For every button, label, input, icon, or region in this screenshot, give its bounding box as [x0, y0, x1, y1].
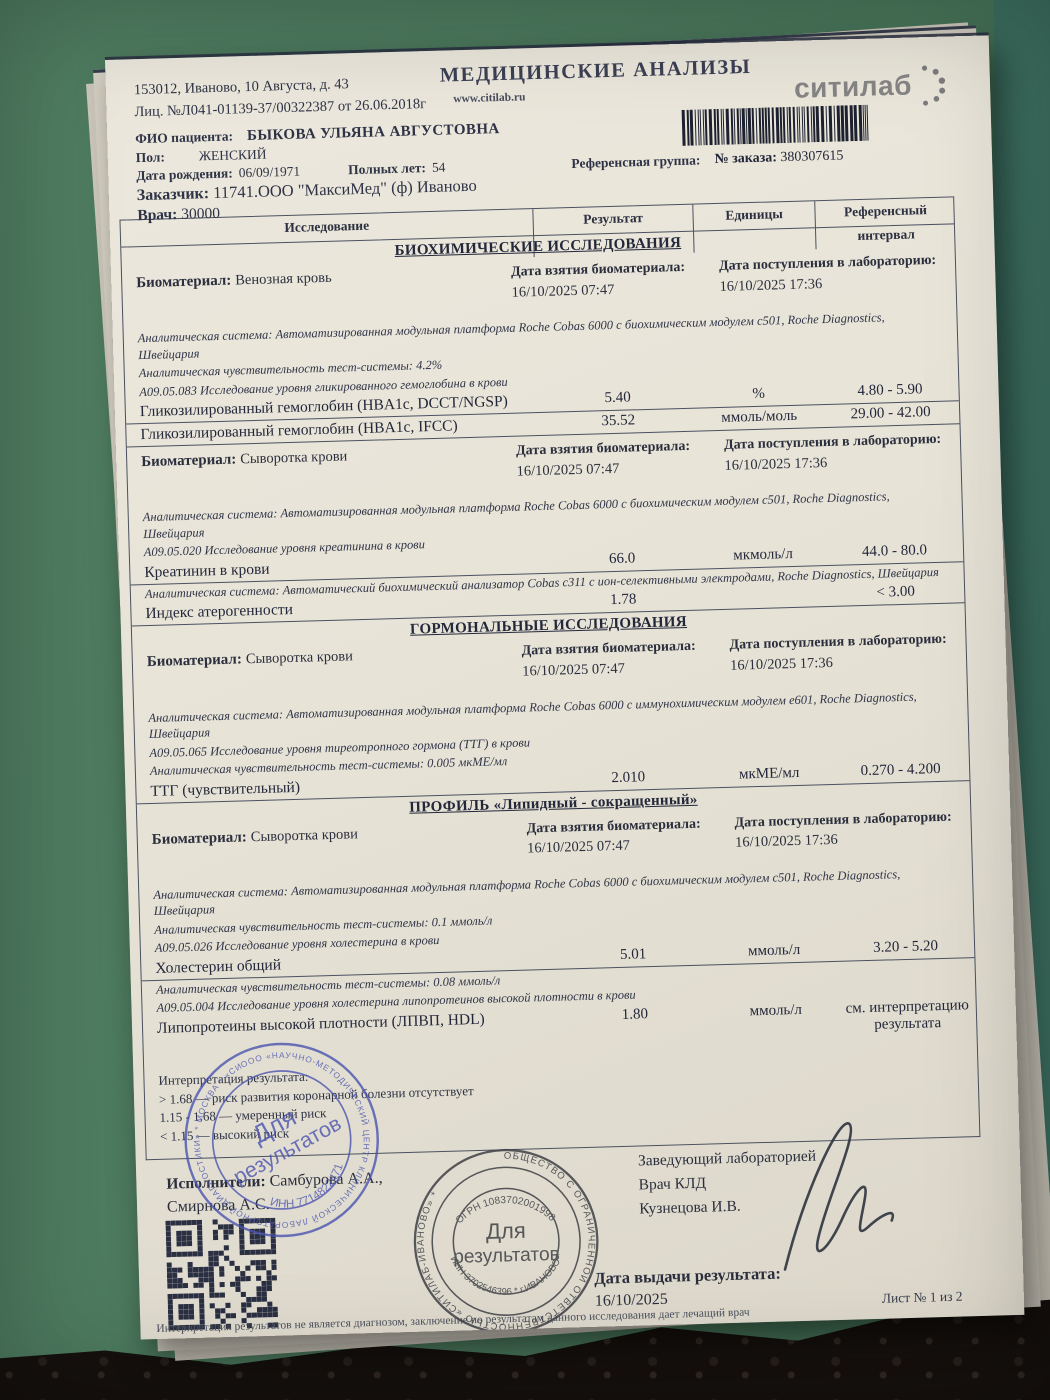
- birth-label: Дата рождения:: [136, 165, 233, 183]
- executor-name: Смирнова А.С.: [167, 1190, 384, 1219]
- svg-text:ОБЩЕСТВО С ОГРАНИЧЕННОЙ ОТВЕТС: ОБЩЕСТВО С ОГРАНИЧЕННОЙ ОТВЕТСТВЕННОСТЬЮ…: [413, 1148, 599, 1334]
- executor-name: Самбурова А.А.,: [269, 1170, 382, 1190]
- logo-text: ситилаб: [794, 69, 913, 104]
- patient-name-row: ФИО пациента:БЫКОВА УЛЬЯНА АВГУСТОВНА: [135, 121, 500, 148]
- result-reference: < 3.00: [825, 583, 966, 604]
- patient-name-label: ФИО пациента:: [135, 128, 233, 146]
- order-block: № заказа: 380307615: [663, 104, 895, 169]
- table-body: БИОХИМИЧЕСКИЕ ИССЛЕДОВАНИЯ Биоматериал: …: [120, 224, 980, 1160]
- result-value: 2.010: [548, 767, 708, 788]
- column-header-ref: Референсный интервал: [814, 197, 956, 249]
- result-reference: 4.80 - 5.90: [819, 380, 960, 401]
- lab-report-page: 153012, Иваново, 10 Августа, д. 43 Лиц. …: [105, 35, 1024, 1339]
- result-reference: 29.00 - 42.00: [820, 403, 961, 424]
- patient-name: БЫКОВА УЛЬЯНА АВГУСТОВНА: [247, 121, 500, 144]
- result-value: 35.52: [538, 411, 698, 432]
- doctor-value: 30000: [181, 205, 220, 223]
- biomaterial-label: Биоматериал:: [141, 452, 236, 471]
- result-reference: см. интерпретацию результата: [837, 997, 979, 1035]
- order-number-row: № заказа: 380307615: [664, 147, 894, 169]
- result-value: 1.78: [543, 590, 703, 611]
- result-units: [703, 586, 825, 589]
- report-section: БИОХИМИЧЕСКИЕ ИССЛЕДОВАНИЯ Биоматериал: …: [121, 224, 964, 625]
- sheet-number: Лист № 1 из 2: [882, 1289, 963, 1307]
- age-value: 54: [432, 160, 446, 175]
- column-header-units: Единицы: [692, 201, 815, 252]
- sex-label: Пол:: [136, 149, 166, 165]
- results-table: Исследование Результат Единицы Референсн…: [119, 196, 980, 1160]
- result-value: 1.80: [555, 1004, 715, 1025]
- photo-scene: 153012, Иваново, 10 Августа, д. 43 Лиц. …: [0, 0, 1050, 1400]
- patient-sex-row: Пол:ЖЕНСКИЙ: [136, 147, 267, 167]
- report-section: ПРОФИЛЬ «Липидный - сокращенный» Биомате…: [137, 780, 977, 1056]
- executors-block: Исполнители: Самбурова А.А., Смирнова А.…: [166, 1167, 383, 1220]
- result-reference: 0.270 - 4.200: [830, 760, 971, 781]
- black-stamp-ogrn: ОГРН 1083702001998: [453, 1193, 557, 1226]
- result-units: %: [697, 384, 819, 404]
- svg-text:ИНН 3702546396 * г.ИВАНОВО *: ИНН 3702546396 * г.ИВАНОВО *: [447, 1251, 566, 1299]
- logo-dots-icon: [911, 62, 950, 107]
- issue-date-block: Дата выдачи результата: 16/10/2025: [594, 1264, 782, 1311]
- executors-label: Исполнители:: [166, 1173, 266, 1193]
- result-units: ммоль/л: [713, 941, 835, 961]
- report-section: ГОРМОНАЛЬНЫЕ ИССЛЕДОВАНИЯ Биоматериал: С…: [132, 603, 970, 803]
- black-stamp-center1: Для: [486, 1218, 526, 1244]
- svg-text:ОГРН 1083702001998: ОГРН 1083702001998: [453, 1193, 557, 1226]
- result-reference: 3.20 - 5.20: [835, 937, 976, 958]
- birth-value: 06/09/1971: [238, 164, 300, 181]
- result-units: ммоль/моль: [698, 407, 820, 427]
- customer-label: Заказчик:: [137, 185, 210, 204]
- biomaterial-label: Биоматериал:: [152, 829, 247, 848]
- issue-date-label: Дата выдачи результата:: [594, 1264, 781, 1289]
- black-stamp-ring-text: ОБЩЕСТВО С ОГРАНИЧЕННОЙ ОТВЕТСТВЕННОСТЬЮ…: [413, 1148, 599, 1334]
- report-header: 153012, Иваново, 10 Августа, д. 43 Лиц. …: [105, 35, 993, 220]
- doctor-row: Врач: 30000: [137, 205, 220, 225]
- result-units: мкМЕ/мл: [708, 764, 830, 784]
- sex-value: ЖЕНСКИЙ: [199, 147, 267, 164]
- black-stamp-inn: ИНН 3702546396 * г.ИВАНОВО *: [447, 1251, 566, 1299]
- biomaterial-value: Сыворотка крови: [240, 449, 347, 468]
- result-value: 5.01: [553, 944, 713, 965]
- result-value: 5.40: [537, 388, 697, 409]
- barcode: [680, 105, 877, 146]
- biomaterial-label: Биоматериал:: [147, 652, 242, 671]
- citilab-logo: ситилаб: [793, 62, 950, 110]
- result-units: мкмоль/л: [702, 545, 824, 565]
- result-value: 66.0: [542, 548, 702, 569]
- black-stamp-center2: результатов: [453, 1244, 560, 1268]
- result-reference: 44.0 - 80.0: [824, 541, 965, 562]
- black-stamp: ОБЩЕСТВО С ОГРАНИЧЕННОЙ ОТВЕТСТВЕННОСТЬЮ…: [407, 1143, 604, 1340]
- result-units: ммоль/л: [715, 1001, 837, 1021]
- date-taken-value: 16/10/2025 07:47: [527, 833, 735, 859]
- doctor-label: Врач:: [137, 206, 177, 224]
- order-number: 380307615: [780, 148, 843, 165]
- age-label: Полных лет:: [348, 160, 426, 177]
- biomaterial-label: Биоматериал:: [136, 273, 231, 292]
- website-url: www.citilab.ru: [453, 91, 526, 105]
- biomaterial-value: Сыворотка крови: [251, 826, 358, 845]
- qr-code: [165, 1218, 278, 1331]
- biomaterial-value: Сыворотка крови: [246, 649, 353, 668]
- clinic-address-block: 153012, Иваново, 10 Августа, д. 43 Лиц. …: [134, 71, 427, 124]
- order-label: № заказа:: [714, 150, 777, 167]
- report-title: МЕДИЦИНСКИЕ АНАЛИЗЫ: [435, 56, 756, 88]
- biomaterial-value: Венозная кровь: [235, 270, 332, 289]
- signature: [752, 1098, 917, 1287]
